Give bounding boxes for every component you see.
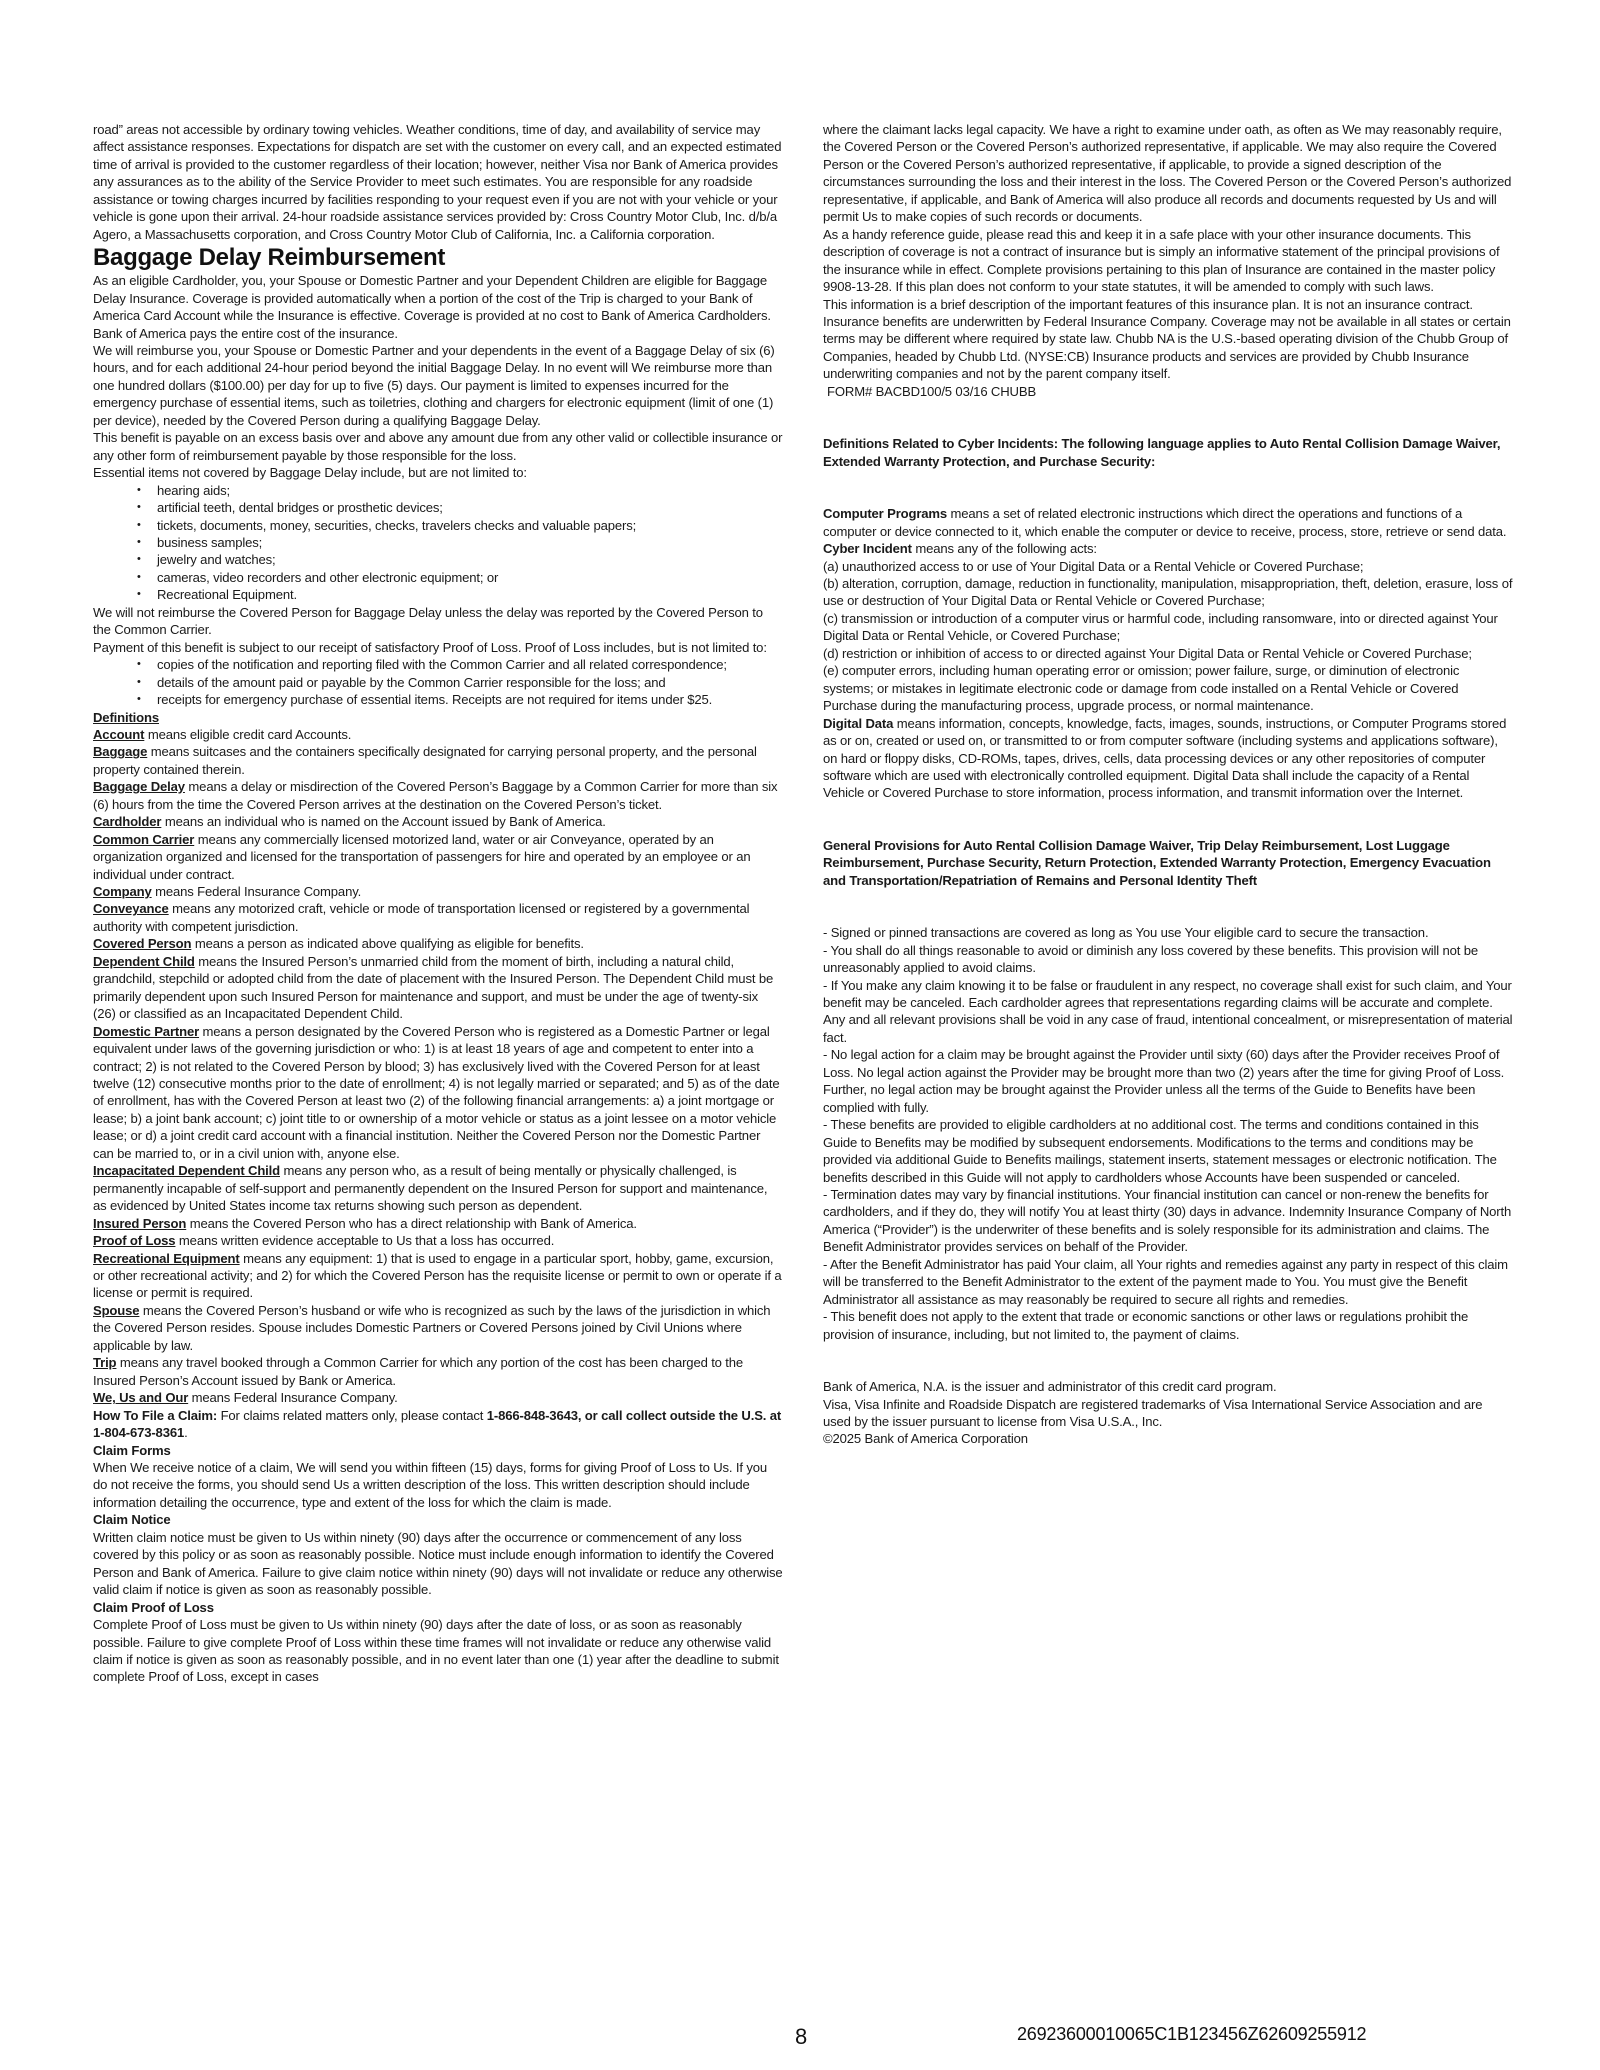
definition-cyber-incident: Cyber Incident means any of the followin… (823, 540, 1513, 557)
definition-covered-person: Covered Person means a person as indicat… (93, 935, 783, 952)
claim-forms-text: When We receive notice of a claim, We wi… (93, 1459, 783, 1511)
definition-term: Account (93, 727, 144, 742)
definition-text: means the Covered Person who has a direc… (186, 1216, 637, 1231)
definition-spouse: Spouse means the Covered Person’s husban… (93, 1302, 783, 1354)
cyber-act-b: (b) alteration, corruption, damage, redu… (823, 575, 1513, 610)
definition-term: Computer Programs (823, 506, 947, 521)
definition-term: Dependent Child (93, 954, 195, 969)
provision-item: - Signed or pinned transactions are cove… (823, 924, 1513, 941)
definition-text: means suitcases and the containers speci… (93, 744, 757, 776)
definition-proof-of-loss: Proof of Loss means written evidence acc… (93, 1232, 783, 1249)
definition-domestic-partner: Domestic Partner means a person designat… (93, 1023, 783, 1163)
spacer (823, 400, 1513, 435)
trademark-statement: Visa, Visa Infinite and Roadside Dispatc… (823, 1396, 1513, 1431)
definitions-heading: Definitions (93, 709, 783, 726)
claim-notice-text: Written claim notice must be given to Us… (93, 1529, 783, 1599)
claim-proof-text: Complete Proof of Loss must be given to … (93, 1616, 783, 1686)
definition-text: means any of the following acts: (912, 541, 1097, 556)
definition-insured-person: Insured Person means the Covered Person … (93, 1215, 783, 1232)
definition-term: Spouse (93, 1303, 139, 1318)
copyright-statement: ©2025 Bank of America Corporation (823, 1430, 1513, 1447)
definition-term: Digital Data (823, 716, 893, 731)
issuer-statement: Bank of America, N.A. is the issuer and … (823, 1378, 1513, 1395)
definition-text: means a person as indicated above qualif… (191, 936, 584, 951)
list-item: details of the amount paid or payable by… (157, 674, 783, 691)
definition-recreational-equipment: Recreational Equipment means any equipme… (93, 1250, 783, 1302)
claim-proof-heading: Claim Proof of Loss (93, 1599, 783, 1616)
definition-text: means a person designated by the Covered… (93, 1024, 780, 1161)
cyber-act-a: (a) unauthorized access to or use of You… (823, 558, 1513, 575)
definition-term: Conveyance (93, 901, 169, 916)
list-item: copies of the notification and reporting… (157, 656, 783, 673)
definition-incapacitated-dependent-child: Incapacitated Dependent Child means any … (93, 1162, 783, 1214)
definition-text: means written evidence acceptable to Us … (175, 1233, 554, 1248)
definition-account: Account means eligible credit card Accou… (93, 726, 783, 743)
definition-term: Common Carrier (93, 832, 194, 847)
definition-term: Incapacitated Dependent Child (93, 1163, 280, 1178)
cyber-act-d: (d) restriction or inhibition of access … (823, 645, 1513, 662)
definition-text: means Federal Insurance Company. (152, 884, 362, 899)
definition-term: Baggage (93, 744, 147, 759)
claim-notice-heading: Claim Notice (93, 1511, 783, 1528)
spacer (823, 802, 1513, 837)
reimbursement-paragraph: We will reimburse you, your Spouse or Do… (93, 342, 783, 429)
essential-items-intro: Essential items not covered by Baggage D… (93, 464, 783, 481)
left-column: road” areas not accessible by ordinary t… (93, 121, 783, 1686)
proof-items-list: copies of the notification and reporting… (93, 656, 783, 708)
how-to-file-end: . (184, 1425, 188, 1440)
how-to-file-text: For claims related matters only, please … (217, 1408, 487, 1423)
definition-text: means an individual who is named on the … (161, 814, 605, 829)
claim-proof-continuation: where the claimant lacks legal capacity.… (823, 121, 1513, 226)
definition-term: Insured Person (93, 1216, 186, 1231)
excluded-items-list: hearing aids; artificial teeth, dental b… (93, 482, 783, 604)
definition-cardholder: Cardholder means an individual who is na… (93, 813, 783, 830)
definition-term: We, Us and Our (93, 1390, 188, 1405)
form-number: FORM# BACBD100/5 03/16 CHUBB (823, 383, 1513, 400)
definition-term: Cyber Incident (823, 541, 912, 556)
definition-company: Company means Federal Insurance Company. (93, 883, 783, 900)
how-to-file-claim: How To File a Claim: For claims related … (93, 1407, 783, 1442)
spacer (823, 470, 1513, 505)
proof-of-loss-intro: Payment of this benefit is subject to ou… (93, 639, 783, 656)
definition-baggage: Baggage means suitcases and the containe… (93, 743, 783, 778)
definition-text: means Federal Insurance Company. (188, 1390, 398, 1405)
list-item: tickets, documents, money, securities, c… (157, 517, 783, 534)
reference-guide-paragraph: As a handy reference guide, please read … (823, 226, 1513, 296)
provision-item: - These benefits are provided to eligibl… (823, 1116, 1513, 1186)
definition-term: Proof of Loss (93, 1233, 175, 1248)
definition-text: means any travel booked through a Common… (93, 1355, 743, 1387)
definition-term: Company (93, 884, 152, 899)
list-item: cameras, video recorders and other elect… (157, 569, 783, 586)
list-item: artificial teeth, dental bridges or pros… (157, 499, 783, 516)
list-item: receipts for emergency purchase of essen… (157, 691, 783, 708)
definition-text: means eligible credit card Accounts. (144, 727, 351, 742)
claim-forms-heading: Claim Forms (93, 1442, 783, 1459)
definition-term: Trip (93, 1355, 116, 1370)
definition-text: means information, concepts, knowledge, … (823, 716, 1506, 801)
spacer (823, 889, 1513, 924)
list-item: Recreational Equipment. (157, 586, 783, 603)
spacer (823, 1343, 1513, 1378)
definitions-list: Account means eligible credit card Accou… (93, 726, 783, 1407)
list-item: hearing aids; (157, 482, 783, 499)
provision-item: - Termination dates may vary by financia… (823, 1186, 1513, 1256)
definition-we-us-our: We, Us and Our means Federal Insurance C… (93, 1389, 783, 1406)
provision-item: - You shall do all things reasonable to … (823, 942, 1513, 977)
cyber-act-e: (e) computer errors, including human ope… (823, 662, 1513, 714)
definition-conveyance: Conveyance means any motorized craft, ve… (93, 900, 783, 935)
definition-baggage-delay: Baggage Delay means a delay or misdirect… (93, 778, 783, 813)
definition-common-carrier: Common Carrier means any commercially li… (93, 831, 783, 883)
provision-item: - After the Benefit Administrator has pa… (823, 1256, 1513, 1308)
provision-item: - This benefit does not apply to the ext… (823, 1308, 1513, 1343)
definition-trip: Trip means any travel booked through a C… (93, 1354, 783, 1389)
definition-computer-programs: Computer Programs means a set of related… (823, 505, 1513, 540)
how-to-file-label: How To File a Claim: (93, 1408, 217, 1423)
page-number: 8 (795, 2024, 807, 2050)
definition-term: Cardholder (93, 814, 161, 829)
provision-item: - If You make any claim knowing it to be… (823, 977, 1513, 1047)
definition-text: means the Covered Person’s husband or wi… (93, 1303, 770, 1353)
list-item: business samples; (157, 534, 783, 551)
roadside-continuation-paragraph: road” areas not accessible by ordinary t… (93, 121, 783, 243)
definition-term: Domestic Partner (93, 1024, 199, 1039)
cyber-act-c: (c) transmission or introduction of a co… (823, 610, 1513, 645)
section-title-baggage-delay: Baggage Delay Reimbursement (93, 243, 783, 272)
definition-term: Covered Person (93, 936, 191, 951)
brief-description-paragraph: This information is a brief description … (823, 296, 1513, 383)
definition-dependent-child: Dependent Child means the Insured Person… (93, 953, 783, 1023)
excess-basis-paragraph: This benefit is payable on an excess bas… (93, 429, 783, 464)
report-requirement-paragraph: We will not reimburse the Covered Person… (93, 604, 783, 639)
right-column: where the claimant lacks legal capacity.… (823, 121, 1513, 1448)
definition-text: means a delay or misdirection of the Cov… (93, 779, 777, 811)
eligibility-paragraph: As an eligible Cardholder, you, your Spo… (93, 272, 783, 342)
cyber-definitions-heading: Definitions Related to Cyber Incidents: … (823, 435, 1513, 470)
definition-text: means the Insured Person’s unmarried chi… (93, 954, 773, 1021)
definition-term: Baggage Delay (93, 779, 185, 794)
provision-item: - No legal action for a claim may be bro… (823, 1046, 1513, 1116)
document-code: 26923600010065C1B123456Z62609255912 (1017, 2024, 1366, 2045)
definition-term: Recreational Equipment (93, 1251, 240, 1266)
general-provisions-heading: General Provisions for Auto Rental Colli… (823, 837, 1513, 889)
definition-digital-data: Digital Data means information, concepts… (823, 715, 1513, 802)
definition-text: means any motorized craft, vehicle or mo… (93, 901, 749, 933)
list-item: jewelry and watches; (157, 551, 783, 568)
